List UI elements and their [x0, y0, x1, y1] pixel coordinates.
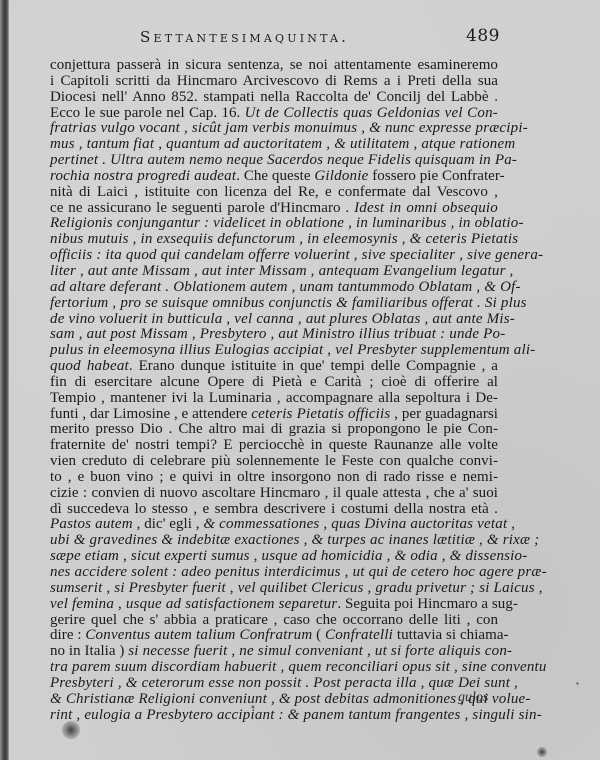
text-line: Ecco le sue parole nel Cap. 16. Ut de Co…	[50, 106, 498, 122]
text-line: dì succedeva lo stesso , e sembra descri…	[50, 502, 498, 518]
ink-speck	[576, 682, 579, 685]
roman-segment: dire :	[50, 627, 85, 643]
roman-segment: ce ne assicurano le seguenti parole d'Hi…	[50, 200, 354, 216]
text-line: dire : Conventus autem talium Confratrum…	[50, 628, 498, 644]
text-line: nibus mutuis , in exsequiis defunctorum …	[50, 232, 498, 248]
text-line: Tempio , mantener ivi la Luminaria , acc…	[50, 391, 498, 407]
page-header: Settantesimaquinta. 489	[140, 26, 500, 48]
text-line: to , e buon vino ; e quivi in oltre inso…	[50, 470, 498, 486]
text-line: tra parem suum discordiam habuerit , que…	[50, 660, 498, 676]
roman-segment: conjettura passerà in sicura sentenza, s…	[50, 57, 498, 73]
text-line: merito presso Dio . Che altro mai di gra…	[50, 422, 498, 438]
text-line: funti , dar Limosine , e attendere ceter…	[50, 407, 498, 423]
text-line: conjettura passerà in sicura sentenza, s…	[50, 58, 498, 74]
text-line: gerire quel che s' abbia a praticare , c…	[50, 613, 498, 629]
text-line: i Capitoli scritti da Hincmaro Arcivesco…	[50, 74, 498, 90]
text-line: pertinet . Ultra autem nemo neque Sacerd…	[50, 153, 498, 169]
roman-segment: Tempio , mantener ivi la Luminaria , acc…	[50, 390, 498, 406]
text-line: vel femina , usque ad satisfactionem sep…	[50, 597, 498, 613]
italic-segment: nibus mutuis , in exsequiis defunctorum …	[50, 231, 518, 247]
roman-segment: Ecco le sue parole nel Cap. 16.	[50, 105, 245, 121]
text-line: quod habeat. Erano dunque istituite in q…	[50, 359, 498, 375]
italic-segment: de vino voluerit in butticula , vel cann…	[50, 311, 515, 327]
text-line: sam , aut post Missam , Presbytero , aut…	[50, 327, 498, 343]
scan-border	[0, 0, 9, 760]
roman-segment: fin di esercitare alcune Opere di Pietà …	[50, 374, 498, 390]
text-line: ce ne assicurano le seguenti parole d'Hi…	[50, 201, 498, 217]
italic-segment: Religionis conjungantur : videlicet in o…	[50, 215, 524, 231]
text-line: rint , eulogia a Presbytero accipiant : …	[50, 708, 498, 724]
roman-segment: vien creduto di celebrare più solennemen…	[50, 453, 498, 469]
text-line: sumserit , si Presbyter fuerit , vel qui…	[50, 581, 498, 597]
text-line: fratrias vulgo vocant , sicût jam verbis…	[50, 121, 498, 137]
italic-segment: ubi & gravedines & indebitæ exactiones ,…	[50, 532, 539, 548]
italic-segment: & commessationes , quas Divina auctorita…	[203, 516, 515, 532]
text-line: pulus in eleemosyna illius Eulogias acci…	[50, 343, 498, 359]
roman-segment: dì succedeva lo stesso , e sembra descri…	[50, 501, 498, 517]
roman-segment: nità di Laici , istituite con licenza de…	[50, 184, 498, 200]
italic-segment: Pastos autem	[50, 516, 133, 532]
text-line: rochia nostra progredi audeat. Che quest…	[50, 169, 498, 185]
roman-segment: no in Italia )	[50, 643, 128, 659]
roman-segment: (	[312, 627, 325, 643]
roman-segment: . Seguita poi Hincmaro a sug-	[337, 596, 518, 612]
text-line: Diocesi nell' Anno 852. stampati nella R…	[50, 90, 498, 106]
italic-segment: liter , aut ante Missam , aut inter Miss…	[50, 263, 514, 279]
italic-segment: ceteris Pietatis officiis	[251, 406, 390, 422]
text-line: fraternite de' nostri tempi? E perciocch…	[50, 438, 498, 454]
text-line: cizie : convien di nuovo ascoltare Hincm…	[50, 486, 498, 502]
text-line: ad altare deferant . Oblationem autem , …	[50, 280, 498, 296]
italic-segment: Idest in omni obsequio	[354, 200, 498, 216]
italic-segment: rochia nostra progredi audeat	[50, 168, 236, 184]
text-line: Religionis conjungantur : videlicet in o…	[50, 216, 498, 232]
roman-segment: tuttavia si chiama-	[393, 627, 509, 643]
roman-segment: , per guadagnarsi	[390, 406, 498, 422]
text-line: fin di esercitare alcune Opere di Pietà …	[50, 375, 498, 391]
italic-segment: pertinet . Ultra autem nemo neque Sacerd…	[50, 152, 517, 168]
roman-segment: cizie : convien di nuovo ascoltare Hincm…	[50, 485, 498, 501]
italic-segment: fratrias vulgo vocant , sicût jam verbis…	[50, 120, 528, 136]
text-line: fertorium , pro se suisque omnibus conju…	[50, 296, 498, 312]
roman-segment: gerire quel che s' abbia a praticare , c…	[50, 612, 498, 628]
roman-segment: i Capitoli scritti da Hincmaro Arcivesco…	[50, 73, 498, 89]
italic-segment: sam , aut post Missam , Presbytero , aut…	[50, 326, 505, 342]
text-line: Presbyteri , & ceterorum esse non possit…	[50, 676, 498, 692]
italic-segment: si necesse fuerit , ne simul conveniant …	[128, 643, 512, 659]
roman-segment: merito presso Dio . Che altro mai di gra…	[50, 421, 498, 437]
italic-segment: sumserit , si Presbyter fuerit , vel qui…	[50, 580, 543, 596]
roman-segment: . Che queste	[236, 168, 314, 184]
text-line: no in Italia ) si necesse fuerit , ne si…	[50, 644, 498, 660]
italic-segment: rint , eulogia a Presbytero accipiant : …	[50, 707, 542, 723]
ink-blot	[537, 747, 547, 757]
text-line: mus , tantum fiat , quantum ad auctorita…	[50, 137, 498, 153]
scanned-book-page: Settantesimaquinta. 489 conjettura passe…	[0, 0, 600, 760]
italic-segment: tra parem suum discordiam habuerit , que…	[50, 659, 547, 675]
text-line: nità di Laici , istituite con licenza de…	[50, 185, 498, 201]
catchword: gulos	[458, 690, 488, 706]
body-text: conjettura passerà in sicura sentenza, s…	[50, 58, 498, 723]
text-line: officiis : ita quod qui candelam offerre…	[50, 248, 498, 264]
italic-segment: Conventus autem talium Confratrum	[85, 627, 312, 643]
italic-segment: mus , tantum fiat , quantum ad auctorita…	[50, 136, 515, 152]
italic-segment: Gildonie	[314, 168, 368, 184]
text-line: sæpe etiam , sicut experti sumus , usque…	[50, 549, 498, 565]
roman-segment: fraternite de' nostri tempi? E perciocch…	[50, 437, 498, 453]
ink-blot	[62, 721, 80, 739]
page-number: 489	[466, 26, 500, 46]
text-line: vien creduto di celebrare più solennemen…	[50, 454, 498, 470]
italic-segment: vel femina , usque ad satisfactionem sep…	[50, 596, 337, 612]
italic-segment: Confratelli	[325, 627, 393, 643]
text-line: de vino voluerit in butticula , vel cann…	[50, 312, 498, 328]
italic-segment: quod habeat	[50, 358, 129, 374]
text-line: nes accidere solent : adeo penitus inter…	[50, 565, 498, 581]
text-line: ubi & gravedines & indebitæ exactiones ,…	[50, 533, 498, 549]
italic-segment: nes accidere solent : adeo penitus inter…	[50, 564, 547, 580]
text-line: Pastos autem , dic' egli , & commessatio…	[50, 517, 498, 533]
roman-segment: to , e buon vino ; e quivi in oltre inso…	[50, 469, 498, 485]
roman-segment: fossero pie Confrater-	[368, 168, 504, 184]
italic-segment: Ut de Collectis quas Geldonias vel Con-	[245, 105, 498, 121]
running-head: Settantesimaquinta.	[140, 28, 349, 46]
roman-segment: funti , dar Limosine , e attendere	[50, 406, 251, 422]
italic-segment: pulus in eleemosyna illius Eulogias acci…	[50, 342, 535, 358]
text-line: liter , aut ante Missam , aut inter Miss…	[50, 264, 498, 280]
text-line: & Christianæ Religioni conveniunt , & po…	[50, 692, 498, 708]
italic-segment: sæpe etiam , sicut experti sumus , usque…	[50, 548, 527, 564]
roman-segment: Diocesi nell' Anno 852. stampati nella R…	[50, 89, 498, 105]
italic-segment: Presbyteri , & ceterorum esse non possit…	[50, 675, 518, 691]
italic-segment: officiis : ita quod qui candelam offerre…	[50, 247, 543, 263]
italic-segment: fertorium , pro se suisque omnibus conju…	[50, 295, 527, 311]
roman-segment: . Erano dunque istituite in que' tempi d…	[129, 358, 498, 374]
roman-segment: , dic' egli ,	[133, 516, 204, 532]
italic-segment: ad altare deferant . Oblationem autem , …	[50, 279, 521, 295]
